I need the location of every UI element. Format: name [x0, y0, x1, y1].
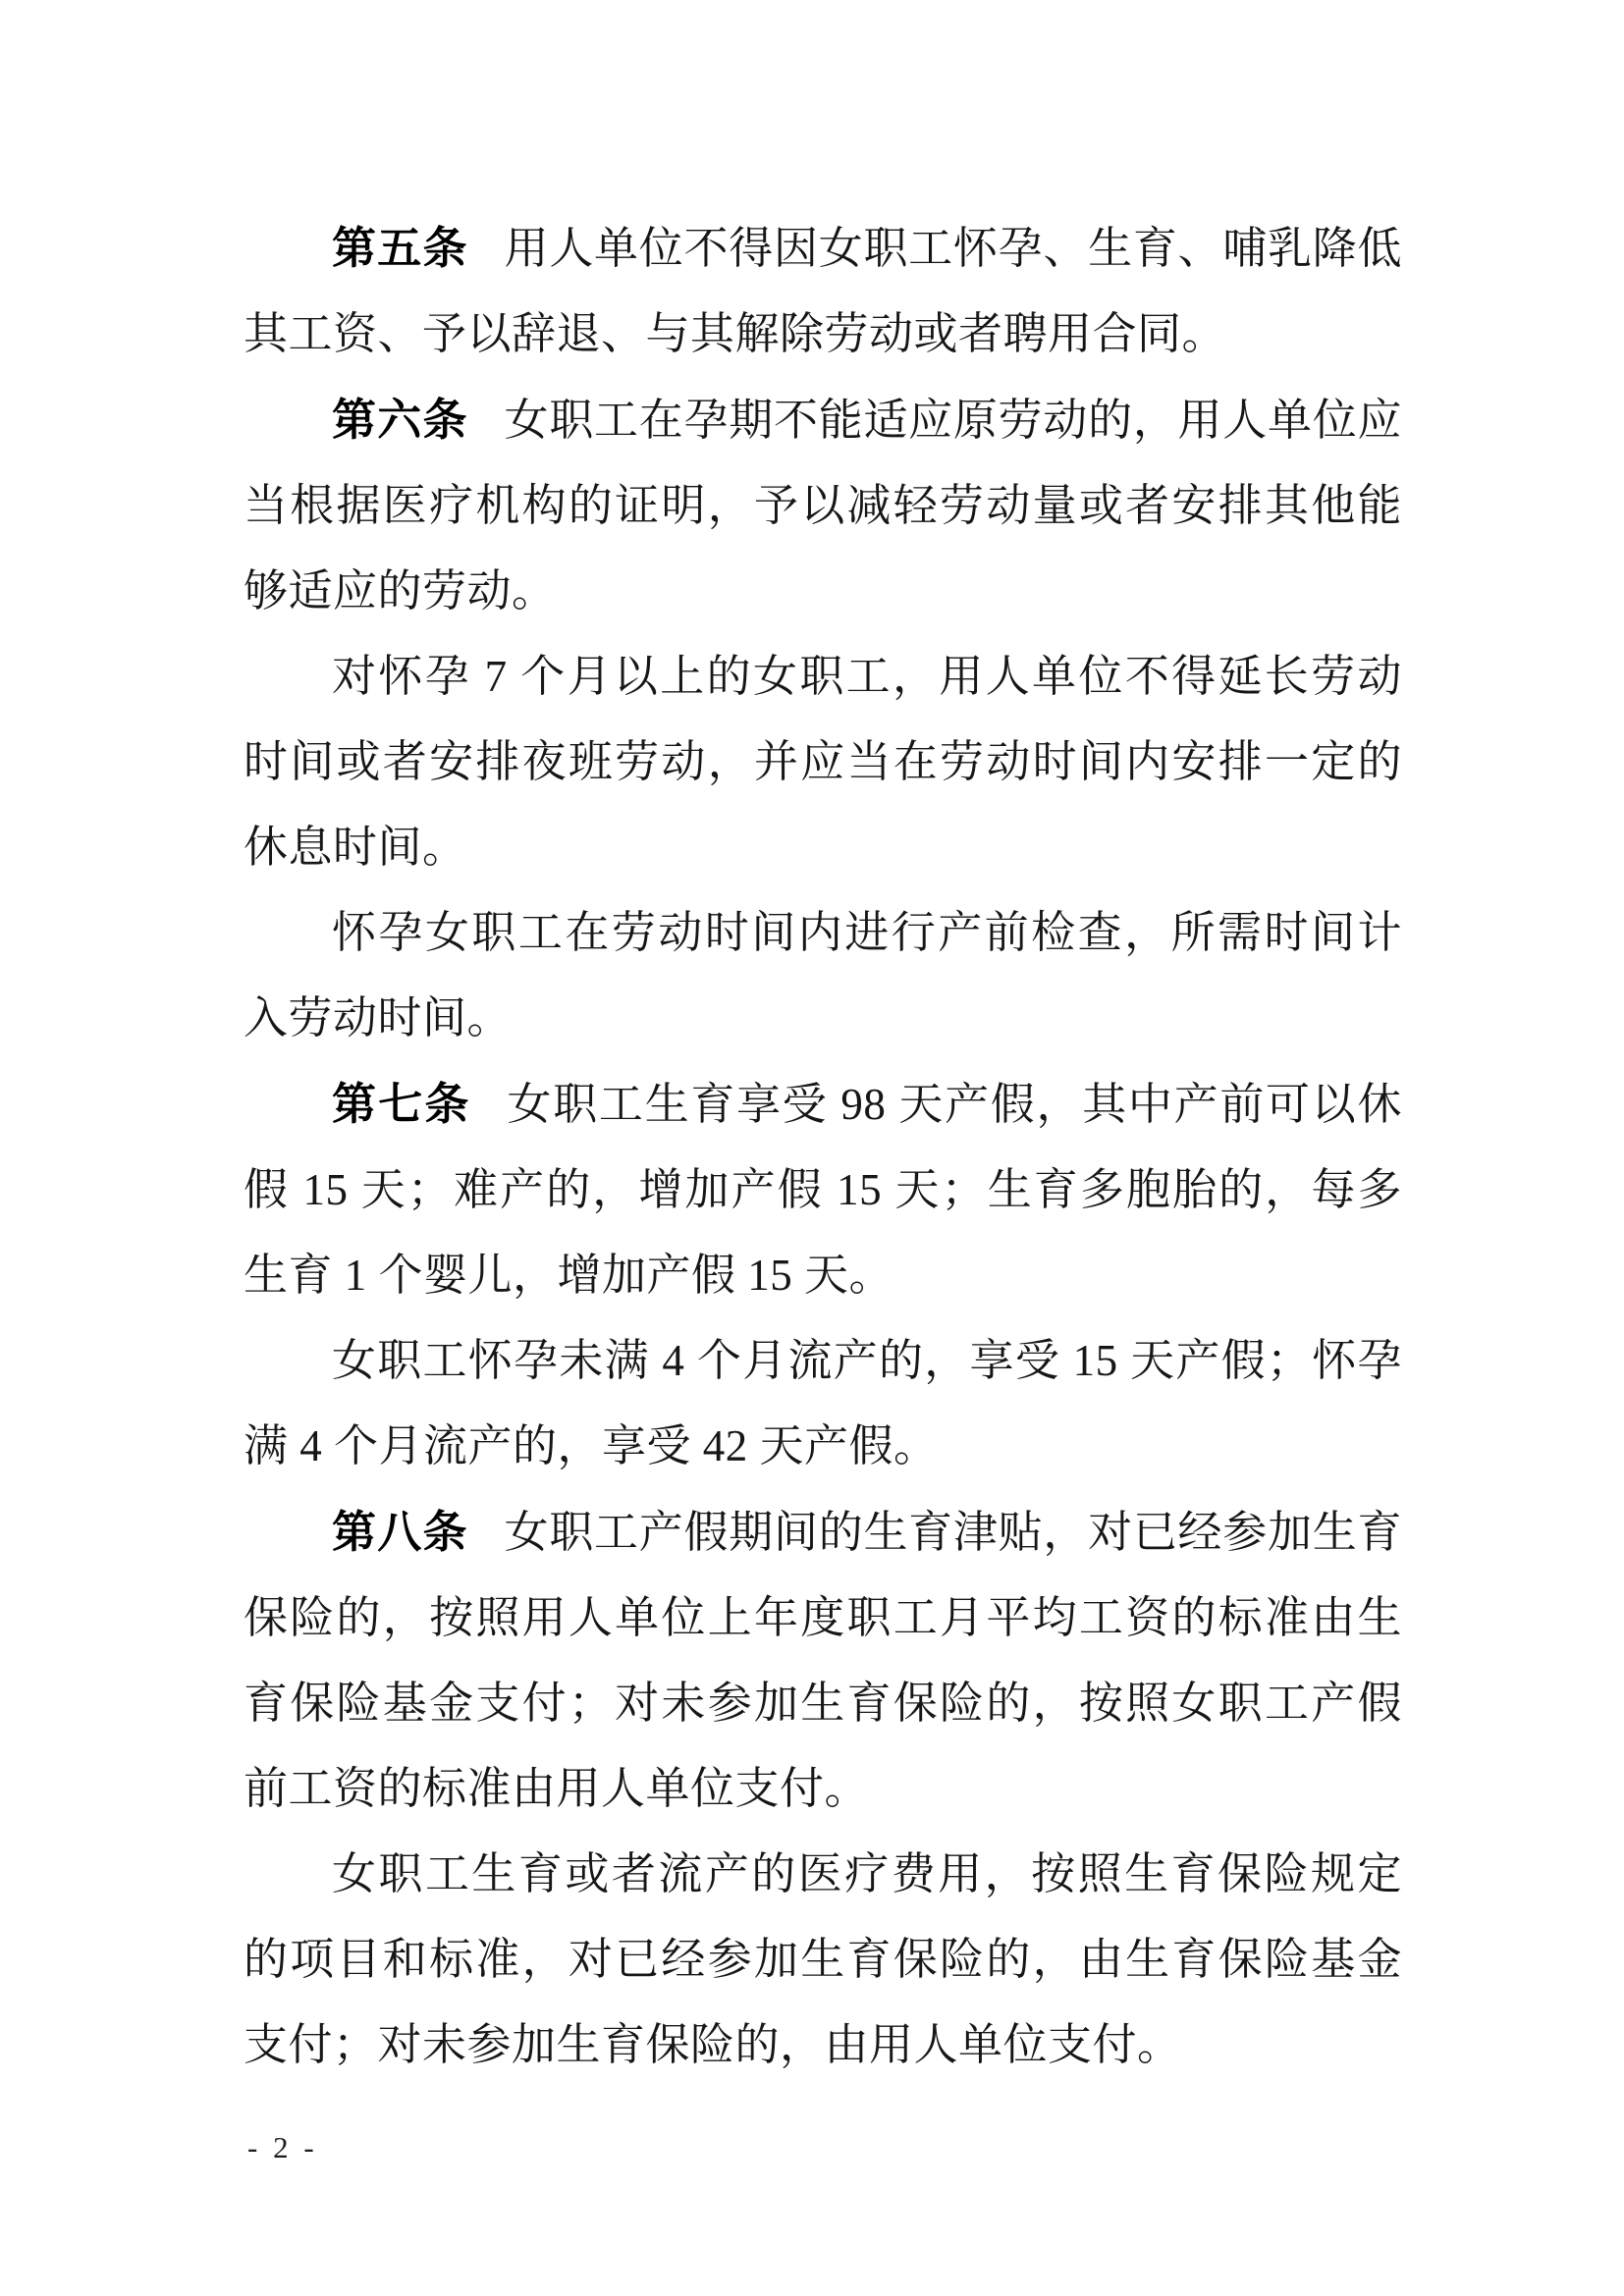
document-body: 第五条用人单位不得因女职工怀孕、生育、哺乳降低其工资、予以辞退、与其解除劳动或者… — [244, 205, 1402, 2088]
paragraph: 第五条用人单位不得因女职工怀孕、生育、哺乳降低其工资、予以辞退、与其解除劳动或者… — [244, 205, 1402, 377]
paragraph: 第七条女职工生育享受 98 天产假，其中产前可以休假 15 天；难产的，增加产假… — [244, 1061, 1402, 1318]
paragraph-text: 对怀孕 7 个月以上的女职工，用人单位不得延长劳动时间或者安排夜班劳动，并应当在… — [244, 652, 1402, 872]
paragraph-text: 女职工怀孕未满 4 个月流产的，享受 15 天产假；怀孕满 4 个月流产的，享受… — [244, 1336, 1402, 1470]
article-number: 第六条 — [332, 395, 468, 445]
paragraph-text: 女职工生育或者流产的医疗费用，按照生育保险规定的项目和标准，对已经参加生育保险的… — [244, 1849, 1402, 2069]
article-number: 第七条 — [332, 1079, 471, 1129]
paragraph: 第八条女职工产假期间的生育津贴，对已经参加生育保险的，按照用人单位上年度职工月平… — [244, 1489, 1402, 1832]
article-number: 第五条 — [332, 223, 468, 273]
paragraph: 第六条女职工在孕期不能适应原劳动的，用人单位应当根据医疗机构的证明，予以减轻劳动… — [244, 377, 1402, 634]
page-number: - 2 - — [247, 2128, 318, 2167]
document-page: 第五条用人单位不得因女职工怀孕、生育、哺乳降低其工资、予以辞退、与其解除劳动或者… — [0, 0, 1624, 2296]
paragraph: 怀孕女职工在劳动时间内进行产前检查，所需时间计入劳动时间。 — [244, 890, 1402, 1061]
article-number: 第八条 — [332, 1507, 468, 1557]
paragraph-text: 怀孕女职工在劳动时间内进行产前检查，所需时间计入劳动时间。 — [244, 908, 1402, 1042]
paragraph: 女职工怀孕未满 4 个月流产的，享受 15 天产假；怀孕满 4 个月流产的，享受… — [244, 1318, 1402, 1489]
paragraph: 女职工生育或者流产的医疗费用，按照生育保险规定的项目和标准，对已经参加生育保险的… — [244, 1832, 1402, 2088]
paragraph: 对怀孕 7 个月以上的女职工，用人单位不得延长劳动时间或者安排夜班劳动，并应当在… — [244, 634, 1402, 890]
